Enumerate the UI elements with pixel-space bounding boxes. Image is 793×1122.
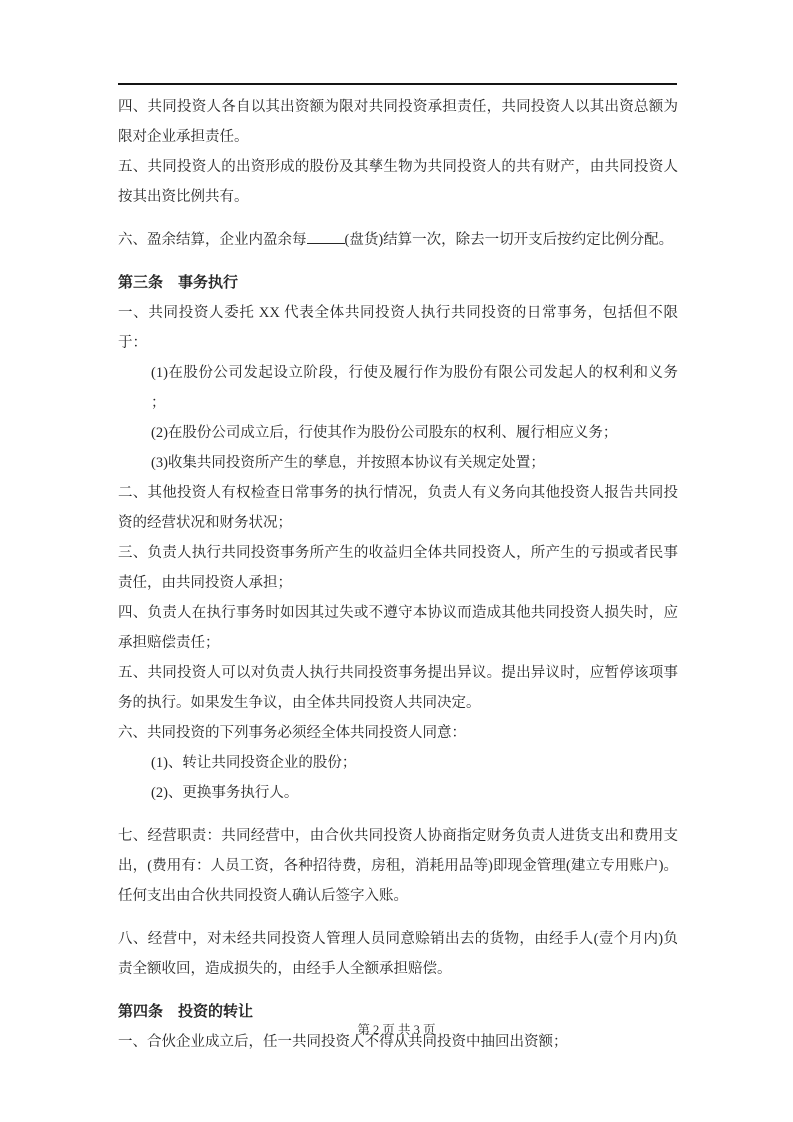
list-item: (3)收集共同投资所产生的孳息，并按照本协议有关规定处置； [118,448,678,478]
paragraph: 五、共同投资人的出资形成的股份及其孳生物为共同投资人的共有财产，由共同投资人按其… [118,152,678,212]
fill-in-blank-underline [307,229,345,245]
list-item: (2)、更换事务执行人。 [118,778,678,808]
paragraph: 七、经营职责：共同经营中，由合伙共同投资人协商指定财务负责人进货支出和费用支出，… [118,821,678,911]
header-divider-line [118,83,677,85]
paragraph: 四、共同投资人各自以其出资额为限对共同投资承担责任，共同投资人以其出资总额为限对… [118,92,678,152]
paragraph: 三、负责人执行共同投资事务所产生的收益归全体共同投资人，所产生的亏损或者民事责任… [118,538,678,598]
list-item: (1)在股份公司发起设立阶段，行使及履行作为股份有限公司发起人的权利和义务 ； [118,358,678,418]
paragraph: 二、其他投资人有权检查日常事务的执行情况，负责人有义务向其他投资人报告共同投资的… [118,478,678,538]
paragraph: 六、共同投资的下列事务必须经全体共同投资人同意： [118,718,678,748]
document-page: 四、共同投资人各自以其出资额为限对共同投资承担责任，共同投资人以其出资总额为限对… [0,0,793,1122]
section-heading: 第三条 事务执行 [118,268,678,298]
paragraph: 四、负责人在执行事务时如因其过失或不遵守本协议而造成其他共同投资人损失时，应承担… [118,598,678,658]
document-body: 四、共同投资人各自以其出资额为限对共同投资承担责任，共同投资人以其出资总额为限对… [118,92,678,1057]
paragraph-text: 六、盈余结算，企业内盈余每 [118,232,307,248]
paragraph: 八、经营中，对未经共同投资人管理人员同意赊销出去的货物，由经手人(壹个月内)负责… [118,924,678,984]
paragraph: 五、共同投资人可以对负责人执行共同投资事务提出异议。提出异议时，应暂停该项事务的… [118,658,678,718]
list-item: (2)在股份公司成立后，行使其作为股份公司股东的权利、履行相应义务； [118,418,678,448]
page-number: 第 2 页 共 3 页 [0,1021,793,1039]
paragraph: 一、共同投资人委托 XX 代表全体共同投资人执行共同投资的日常事务，包括但不限于… [118,298,678,358]
paragraph-text: (盘货)结算一次，除去一切开支后按约定比例分配。 [345,232,674,248]
list-item: (1)、转让共同投资企业的股份； [118,748,678,778]
paragraph: 六、盈余结算，企业内盈余每(盘货)结算一次，除去一切开支后按约定比例分配。 [118,225,678,255]
